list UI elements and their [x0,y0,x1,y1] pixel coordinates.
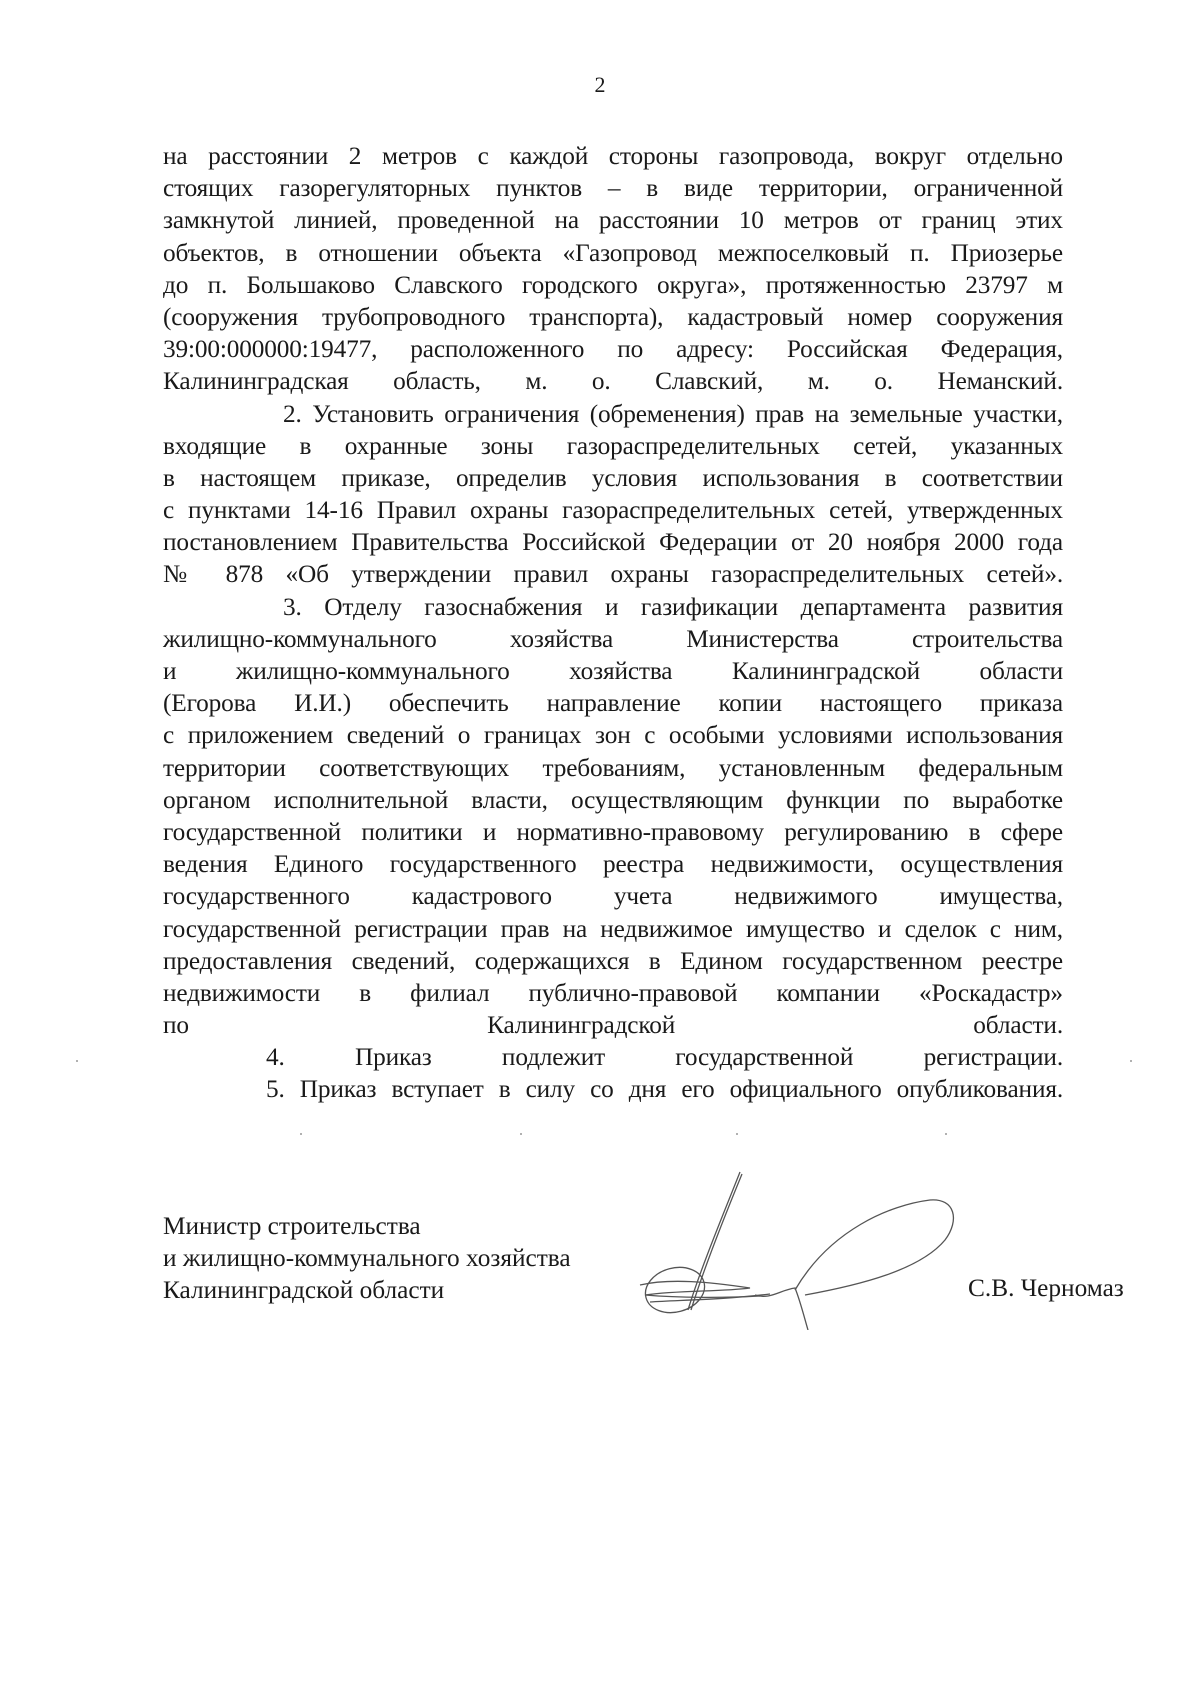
scan-speck [736,1133,738,1135]
body-line: внастоящемприказе,определивусловияисполь… [163,462,1063,494]
body-line: 39:00:000000:19477,расположенногопоадрес… [163,333,1063,365]
body-line: ижилищно-коммунальногохозяйстваКалинингр… [163,655,1063,687]
body-line: органомисполнительнойвласти,осуществляющ… [163,784,1063,816]
body-line: государственнойрегистрацииправнанедвижим… [163,913,1063,945]
body-line-last: по Калининградской области. [163,1009,1063,1041]
body-line: территориисоответствующихтребованиям,уст… [163,752,1063,784]
order-body-text: нарасстоянии2метровскаждойстороныгазопро… [163,140,1063,1106]
body-line: стоящихгазорегуляторныхпунктов–ввидетерр… [163,172,1063,204]
handwritten-signature-icon [630,1160,990,1330]
body-line: веденияЕдиногогосударственногореестранед… [163,848,1063,880]
body-line: государственнойполитикиинормативно-право… [163,816,1063,848]
position-line: Министр строительства [163,1210,571,1242]
body-line: предоставлениясведений,содержащихсявЕдин… [163,945,1063,977]
body-line: объектов,вотношенииобъекта«Газопроводмеж… [163,237,1063,269]
body-line-last: № 878 «Об утверждении правил охраны газо… [163,558,1063,590]
scan-speck [520,1133,522,1135]
body-line: (ЕгороваИ.И.)обеспечитьнаправлениекопиин… [163,687,1063,719]
clause-5: 5. Приказ вступает в силу со дня его офи… [163,1073,1063,1105]
clause-4: 4. Приказ подлежит государственной регис… [163,1041,1063,1073]
body-line: жилищно-коммунальногохозяйстваМинистерст… [163,623,1063,655]
body-line: постановлениемПравительстваРоссийскойФед… [163,526,1063,558]
body-line: доп.БольшаковоСлавскогогородскогоокруга»… [163,269,1063,301]
body-line: нарасстоянии2метровскаждойстороныгазопро… [163,140,1063,172]
clause-2-first-line: 2.Установитьограничения(обременения)прав… [163,398,1063,430]
body-line-last: Калининградская область, м. о. Славский,… [163,365,1063,397]
scan-speck [945,1133,947,1135]
signatory-name: С.В. Черномаз [968,1274,1124,1303]
scan-speck [76,1060,78,1062]
page-number: 2 [0,72,1200,98]
scan-speck [1130,1060,1132,1062]
body-line: сприложениемсведенийограницахзонсособыми… [163,719,1063,751]
position-line: Калининградской области [163,1274,571,1306]
body-line: государственногокадастровогоучетанедвижи… [163,880,1063,912]
body-line: спунктами14-16Правилохраныгазораспредели… [163,494,1063,526]
signatory-position: Министр строительства и жилищно-коммунал… [163,1210,571,1306]
body-line: недвижимостивфилиалпублично-правовойкомп… [163,977,1063,1009]
body-line: замкнутойлинией,проведеннойнарасстоянии1… [163,204,1063,236]
position-line: и жилищно-коммунального хозяйства [163,1242,571,1274]
scan-speck [300,1133,302,1135]
body-line: входящиевохранныезоныгазораспределительн… [163,430,1063,462]
clause-3-first-line: 3.Отделугазоснабженияигазификациидепарта… [163,591,1063,623]
body-line: (сооружениятрубопроводноготранспорта),ка… [163,301,1063,333]
